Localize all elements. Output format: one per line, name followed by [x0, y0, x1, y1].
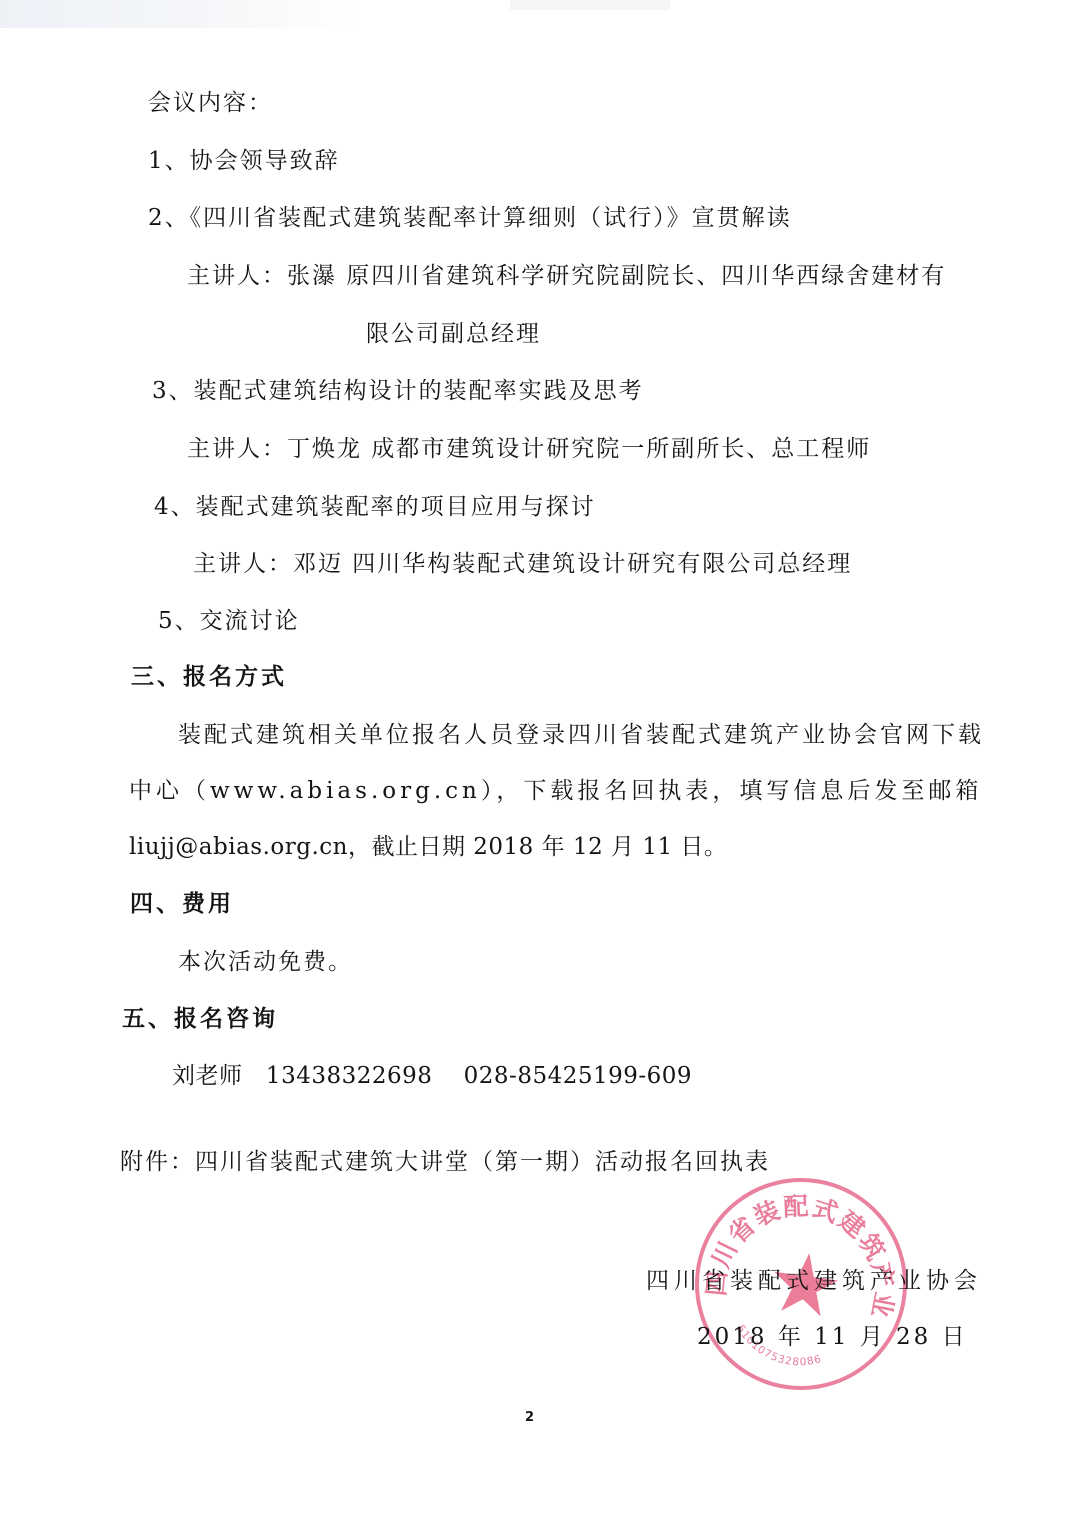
agenda-item-1: 1、协会领导致辞: [148, 146, 340, 176]
agenda-item-2: 2、《四川省装配式建筑装配率计算细则（试行）》宣贯解读: [148, 203, 792, 233]
attachment-line: 附件：四川省装配式建筑大讲堂（第一期）活动报名回执表: [120, 1147, 770, 1177]
inquiry-contact: 刘老师 13438322698 028-85425199-609: [172, 1061, 692, 1091]
agenda-item-2-speaker: 主讲人：张瀑 原四川省建筑科学研究院副院长、四川华西绿舍建材有: [187, 261, 946, 291]
fees-text: 本次活动免费。: [178, 947, 353, 977]
fees-heading: 四、费用: [130, 889, 234, 919]
agenda-item-4: 4、装配式建筑装配率的项目应用与探讨: [154, 492, 596, 522]
scan-artifact: [0, 0, 360, 28]
signature-organization: 四川省装配式建筑产业协会: [646, 1262, 982, 1295]
agenda-item-2-speaker-cont: 限公司副总经理: [366, 319, 541, 349]
registration-text-line2: 中心（www.abias.org.cn），下载报名回执表，填写信息后发至邮箱: [129, 776, 982, 806]
registration-text-line3: liujj@abias.org.cn，截止日期 2018 年 12 月 11 日…: [129, 832, 727, 862]
agenda-item-3-speaker: 主讲人：丁焕龙 成都市建筑设计研究院一所副所长、总工程师: [187, 434, 871, 464]
inquiry-heading: 五、报名咨询: [122, 1004, 278, 1034]
meeting-content-heading: 会议内容：: [148, 88, 273, 118]
registration-heading: 三、报名方式: [131, 662, 287, 692]
page-number: 2: [525, 1410, 534, 1425]
agenda-item-5: 5、交流讨论: [158, 606, 300, 636]
scan-artifact: [510, 0, 670, 10]
agenda-item-4-speaker: 主讲人：邓迈 四川华构装配式建筑设计研究有限公司总经理: [193, 549, 852, 579]
signature-date: 2018 年 11 月 28 日: [697, 1318, 968, 1351]
registration-text-line1: 装配式建筑相关单位报名人员登录四川省装配式建筑产业协会官网下载: [178, 720, 984, 750]
agenda-item-3: 3、装配式建筑结构设计的装配率实践及思考: [152, 376, 644, 406]
